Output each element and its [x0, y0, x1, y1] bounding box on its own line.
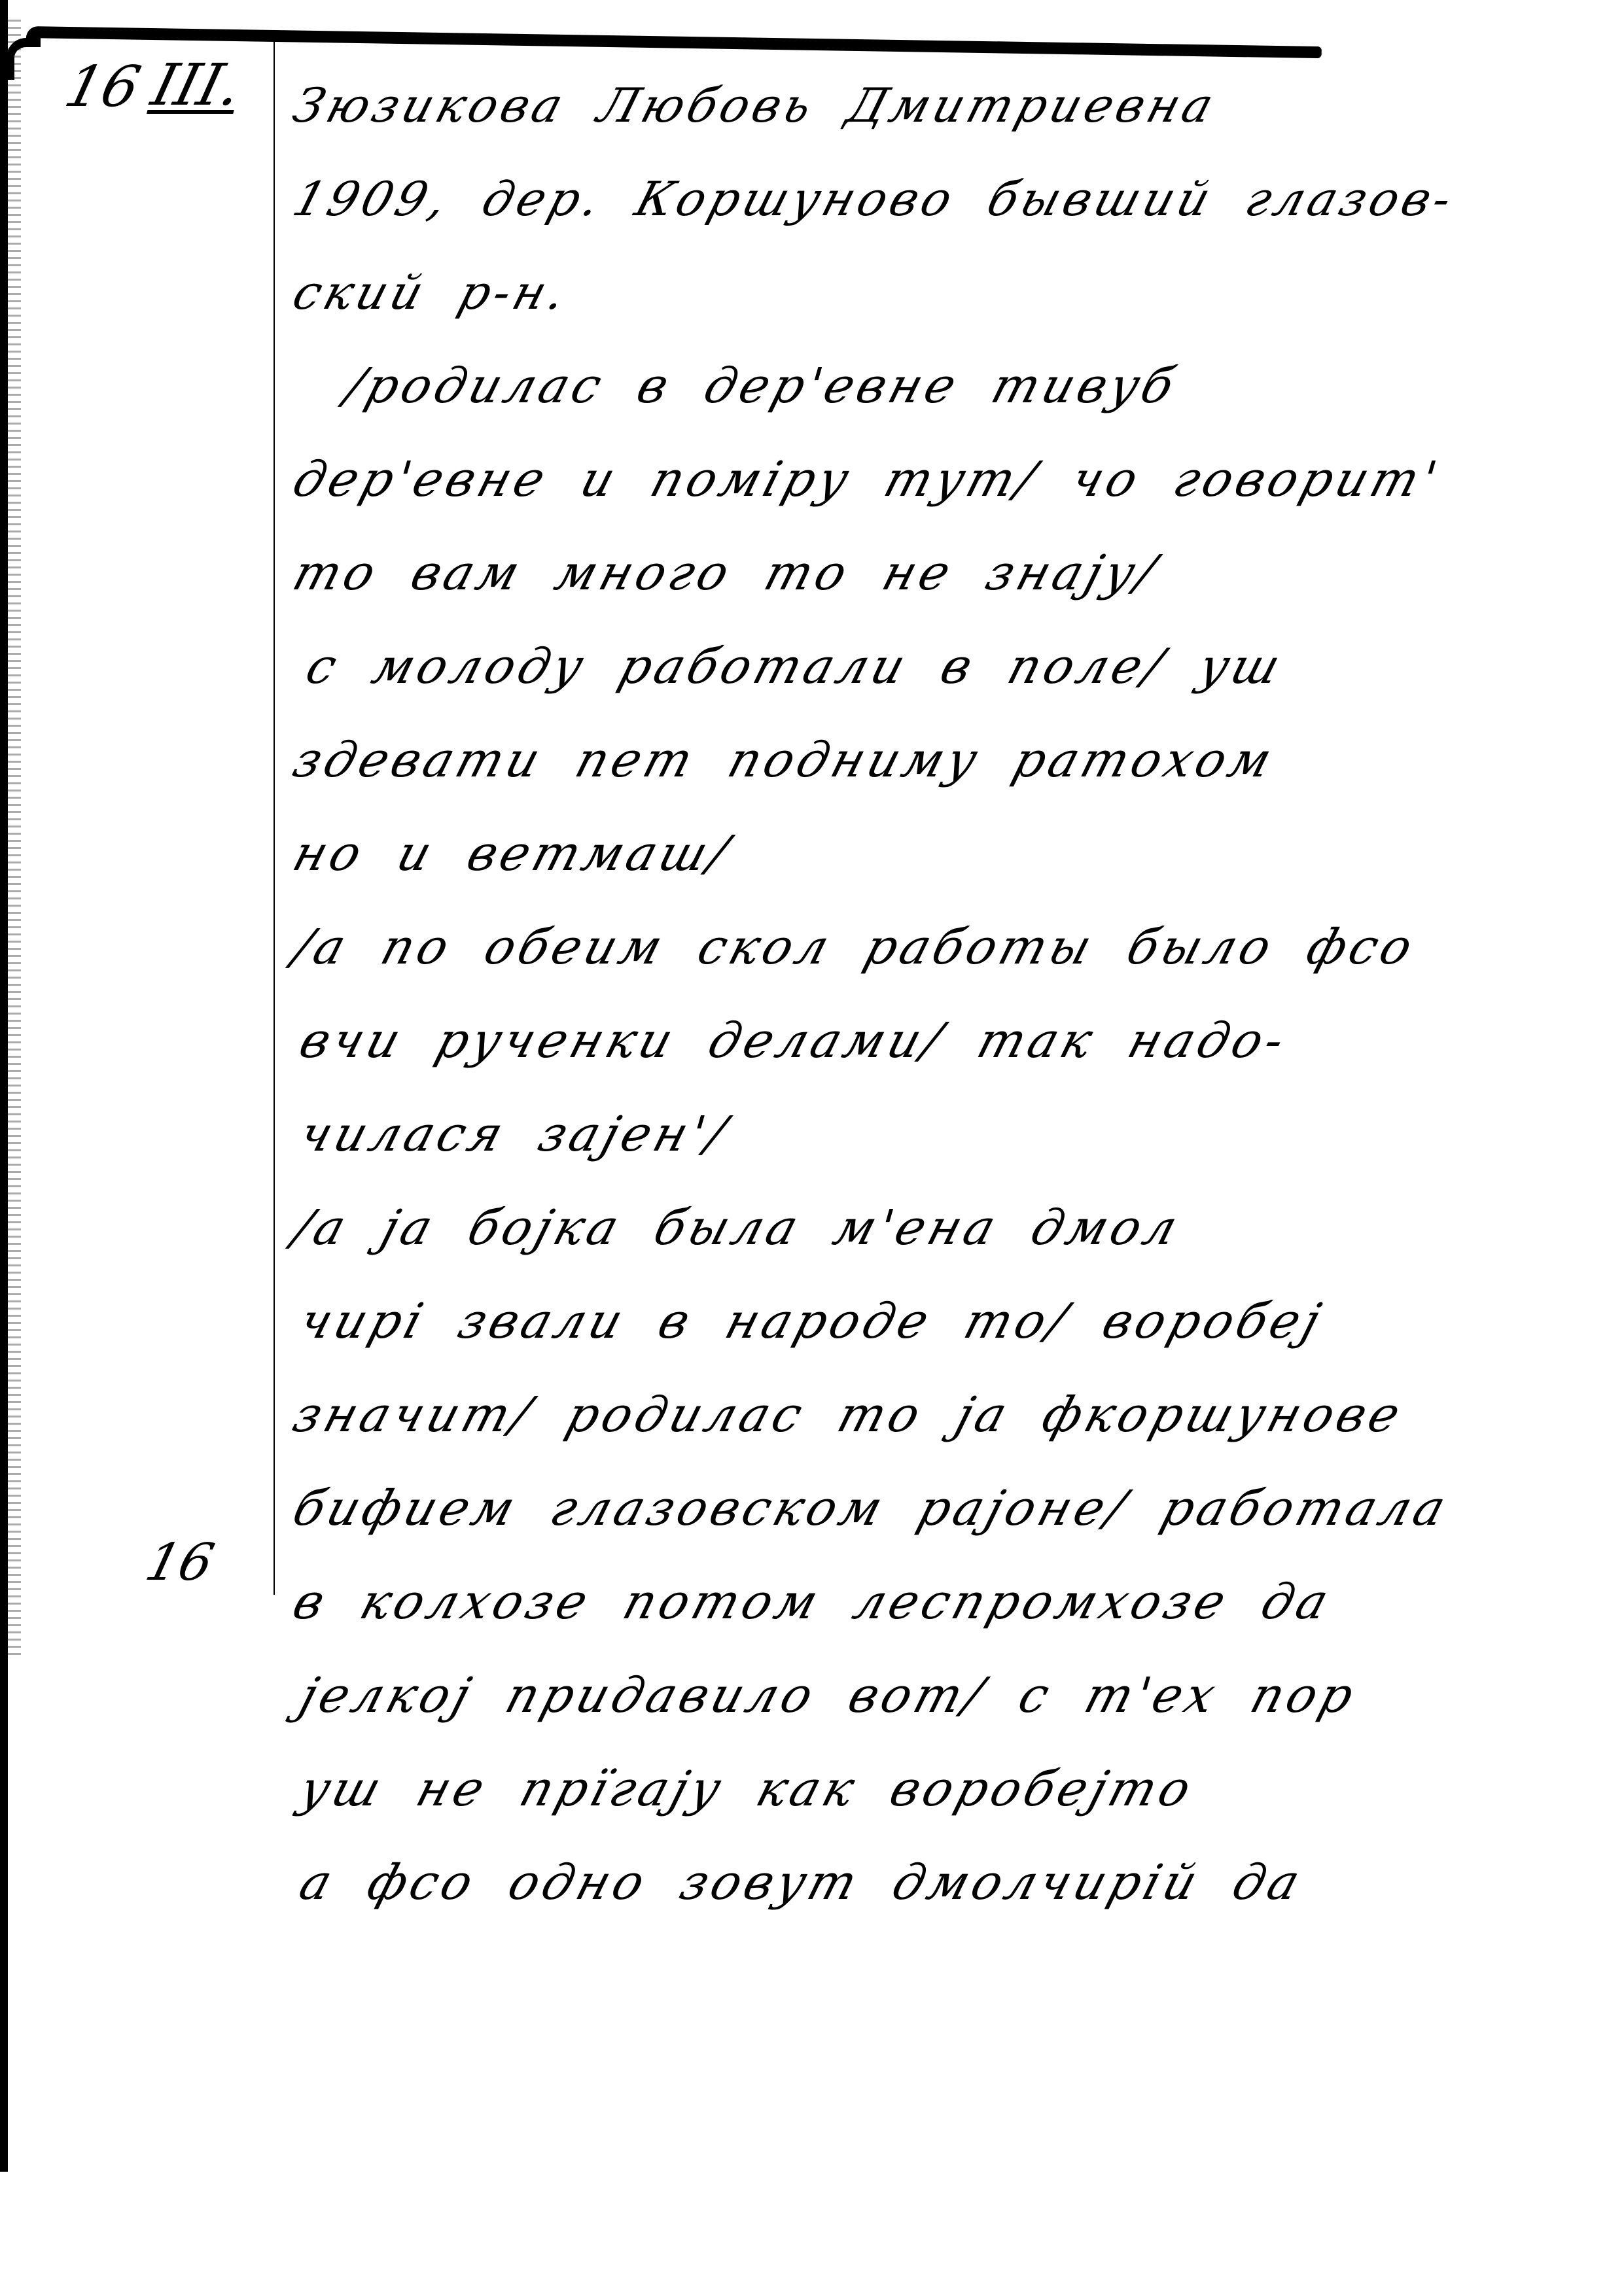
transcript-line: /родилас в дер'евне тивуб — [281, 339, 1591, 433]
scan-edge-noise — [8, 20, 21, 1655]
transcript-line: значит/ родилас то ја фкоршунове — [281, 1368, 1591, 1462]
transcript-line: здевати пет подниму ратохом — [281, 714, 1591, 807]
margin-column-divider — [274, 38, 275, 1595]
transcript-line: дер'евне и поміру тут/ чо говорит' — [281, 433, 1591, 527]
transcript-line: но и ветмаш/ — [281, 807, 1591, 901]
footer-page-number: 16 — [141, 1537, 219, 1588]
informant-district-line: ский р-н. — [281, 246, 1591, 339]
transcript-line: а фсо одно зовут дмолчирій да — [281, 1836, 1591, 1930]
transcript-line: с молоду работали в поле/ уш — [281, 620, 1591, 714]
transcript-line: бифием глазовском рајоне/ работала — [281, 1462, 1591, 1556]
manuscript-body: Зюзикова Любовь Дмитриевна 1909, дер. Ко… — [281, 59, 1564, 1930]
transcript-line: /а по обеим скол работы было фсо — [281, 901, 1591, 994]
transcript-line: /а ја бојка была м'ена дмол — [281, 1181, 1591, 1275]
scan-binding-edge — [0, 0, 8, 2172]
transcript-line: в колхозе потом леспромхозе да — [281, 1556, 1591, 1649]
transcript-line: јелкој придавило вот/ с т'ех пор — [281, 1649, 1591, 1743]
informant-name-line: Зюзикова Любовь Дмитриевна — [281, 59, 1591, 152]
transcript-line: чирі звали в народе то/ воробеј — [281, 1275, 1591, 1368]
transcript-line: чилася зајен'/ — [281, 1088, 1591, 1181]
transcript-line: то вам много то не знају/ — [281, 527, 1591, 620]
top-left-corner-rule — [7, 38, 41, 80]
entry-number: 16 — [60, 59, 145, 115]
section-roman-numeral: III. — [147, 56, 247, 114]
informant-birth-place-line: 1909, дер. Коршуново бывший глазов- — [281, 152, 1591, 246]
transcript-line: вчи рученки делами/ так надо- — [281, 994, 1591, 1088]
transcript-line: уш не прїгају как воробејто — [281, 1743, 1591, 1836]
